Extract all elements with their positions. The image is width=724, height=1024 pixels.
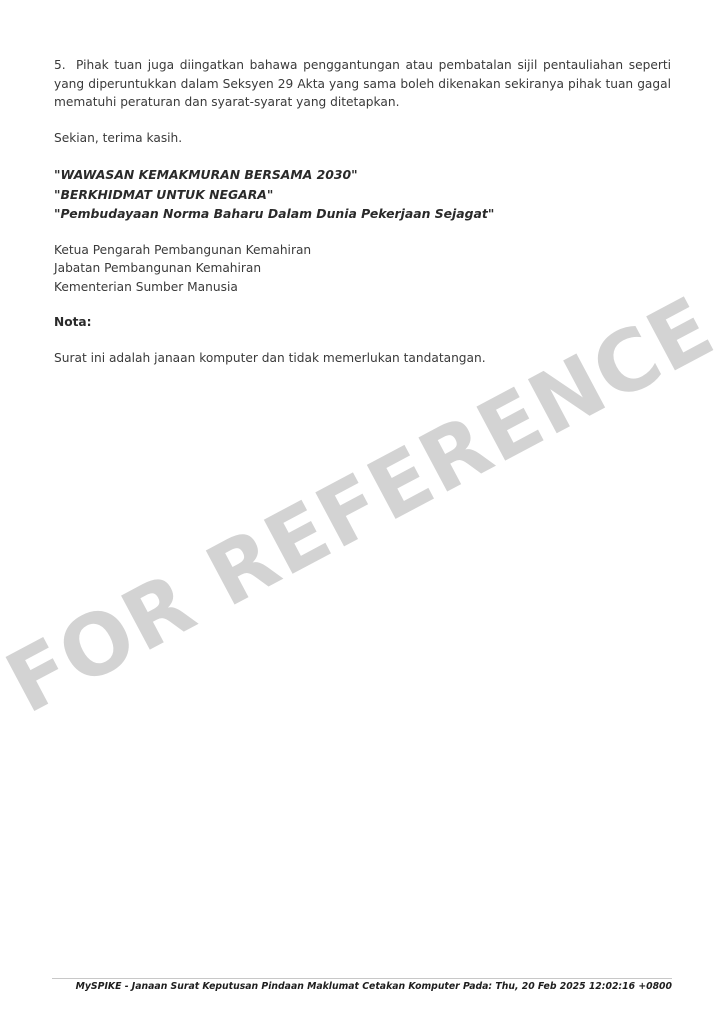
signoff-department: Jabatan Pembangunan Kemahiran	[54, 259, 671, 278]
motto-text: WAWASAN KEMAKMURAN BERSAMA 2030	[60, 167, 351, 182]
motto-line: "Pembudayaan Norma Baharu Dalam Dunia Pe…	[54, 204, 671, 224]
paragraph-text: Pihak tuan juga diingatkan bahawa pengga…	[54, 58, 671, 109]
signoff-ministry: Kementerian Sumber Manusia	[54, 278, 671, 297]
paragraph-5: 5.Pihak tuan juga diingatkan bahawa peng…	[54, 56, 671, 112]
quote-mark: "	[351, 167, 357, 182]
quote-mark: "	[488, 206, 494, 221]
signoff-block: Ketua Pengarah Pembangunan Kemahiran Jab…	[54, 241, 671, 297]
quote-mark: "	[267, 187, 273, 202]
letter-body: 5.Pihak tuan juga diingatkan bahawa peng…	[54, 56, 671, 367]
paragraph-number: 5.	[54, 56, 76, 75]
document-page: 5.Pihak tuan juga diingatkan bahawa peng…	[0, 0, 724, 1024]
signoff-title: Ketua Pengarah Pembangunan Kemahiran	[54, 241, 671, 260]
footer-divider	[52, 978, 672, 979]
motto-line: "WAWASAN KEMAKMURAN BERSAMA 2030"	[54, 165, 671, 185]
nota-text: Surat ini adalah janaan komputer dan tid…	[54, 349, 671, 368]
nota-label: Nota:	[54, 313, 671, 332]
motto-text: Pembudayaan Norma Baharu Dalam Dunia Pek…	[60, 206, 487, 221]
closing-remark: Sekian, terima kasih.	[54, 129, 671, 148]
motto-line: "BERKHIDMAT UNTUK NEGARA"	[54, 185, 671, 205]
motto-text: BERKHIDMAT UNTUK NEGARA	[60, 187, 266, 202]
footer-text: MySPIKE - Janaan Surat Keputusan Pindaan…	[76, 981, 672, 992]
mottos-block: "WAWASAN KEMAKMURAN BERSAMA 2030" "BERKH…	[54, 165, 671, 224]
